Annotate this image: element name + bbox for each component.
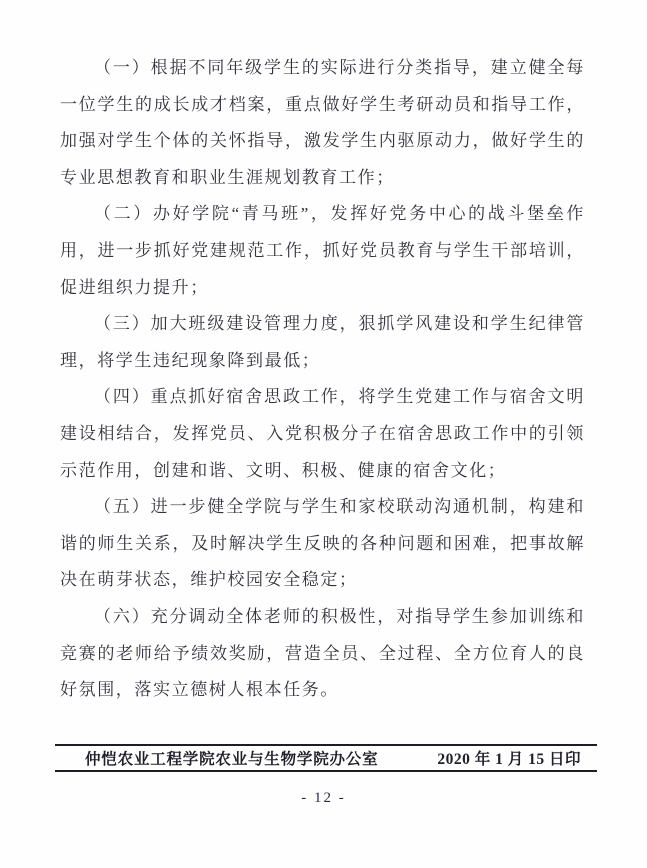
paragraph-1: （一）根据不同年级学生的实际进行分类指导，建立健全每一位学生的成长成才档案，重点…: [60, 50, 585, 196]
paragraph-4: （四）重点抓好宿舍思政工作，将学生党建工作与宿舍文明建设相结合，发挥党员、入党积…: [60, 379, 585, 489]
document-page: （一）根据不同年级学生的实际进行分类指导，建立健全每一位学生的成长成才档案，重点…: [0, 0, 647, 868]
paragraph-6: （六）充分调动全体老师的积极性，对指导学生参加训练和竞赛的老师给予绩效奖励，营造…: [60, 599, 585, 709]
paragraph-5: （五）进一步健全学院与学生和家校联动沟通机制，构建和谐的师生关系，及时解决学生反…: [60, 489, 585, 599]
page-number: - 12 -: [0, 790, 647, 807]
document-body: （一）根据不同年级学生的实际进行分类指导，建立健全每一位学生的成长成才档案，重点…: [60, 50, 585, 709]
paragraph-3: （三）加大班级建设管理力度，狠抓学风建设和学生纪律管理，将学生违纪现象降到最低；: [60, 306, 585, 379]
footer-print-date: 2020 年 1 月 15 日印: [437, 747, 581, 769]
footer-issuer: 仲恺农业工程学院农业与生物学院办公室: [85, 747, 378, 769]
paragraph-2: （二）办好学院“青马班”，发挥好党务中心的战斗堡垒作用，进一步抓好党建规范工作，…: [60, 196, 585, 306]
footer-bar: 仲恺农业工程学院农业与生物学院办公室 2020 年 1 月 15 日印: [55, 744, 597, 772]
